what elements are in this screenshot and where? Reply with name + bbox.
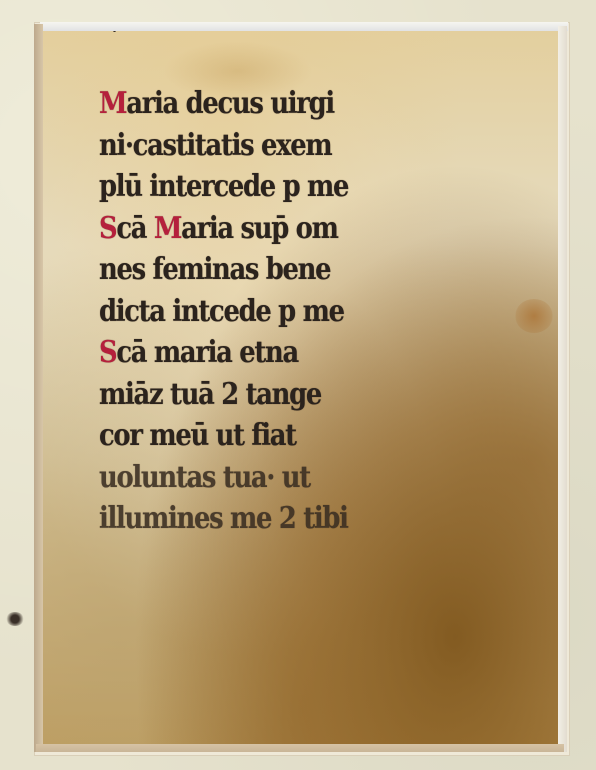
text-line: illumines me 2 tibi [99, 498, 409, 540]
text-line: miāz tuā 2 tange [99, 374, 409, 416]
ink-speck [113, 31, 116, 32]
mat-bevel-bottom [36, 744, 564, 752]
vellum-leaf: Maria decus uirgi ni·castitatis exem plū… [43, 31, 558, 744]
text-line: nes feminas bene [99, 249, 409, 291]
rubricated-initial: S [99, 335, 116, 370]
text-line: ni·castitatis exem [99, 125, 409, 167]
mat-bevel-top [40, 22, 568, 31]
rubricated-initial: M [154, 211, 181, 246]
mat-bevel-right [558, 26, 567, 752]
text-line: Scā maria etna [99, 332, 409, 374]
text-line: dicta intcede p me [99, 291, 409, 333]
manuscript-text: Maria decus uirgi ni·castitatis exem plū… [99, 83, 459, 540]
rubricated-initial: S [99, 211, 116, 246]
text-line: plū intercede p me [99, 166, 409, 208]
stain-spot [515, 299, 553, 333]
text-line: uoluntas tua· ut [99, 457, 409, 499]
mat-bevel-left [34, 24, 43, 752]
text-line: Scā Maria sup̄ om [99, 208, 409, 250]
text-line: cor meū ut fiat [99, 415, 409, 457]
stray-ink-mark [6, 612, 24, 626]
text-line: Maria decus uirgi [99, 83, 409, 125]
rubricated-initial: M [99, 86, 126, 121]
